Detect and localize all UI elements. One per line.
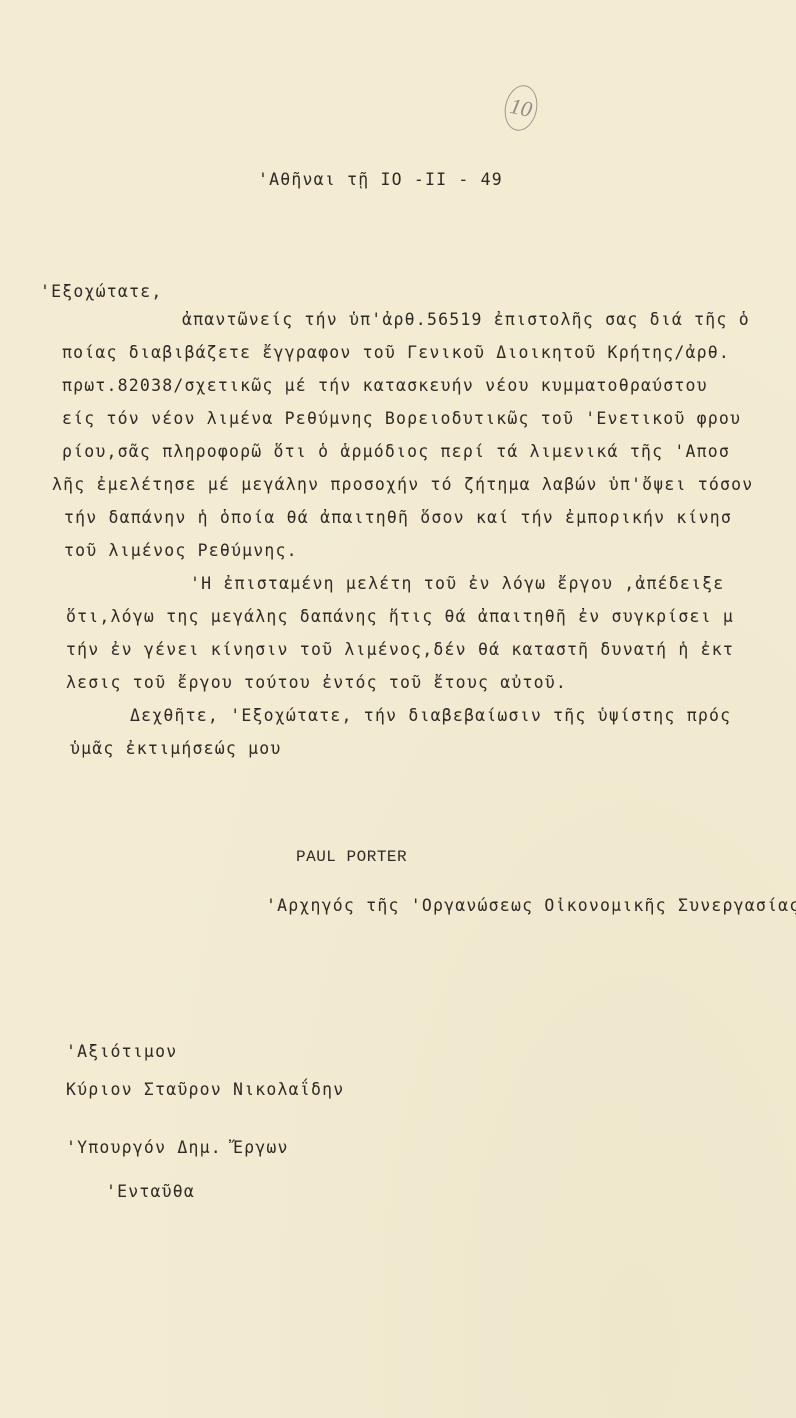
recipient-honorific: 'Αξιότιμον [66, 1042, 177, 1061]
signature-title: 'Αρχηγός τῆς 'Οργανώσεως Οἰκονομικῆς Συν… [266, 896, 796, 915]
body-line-5: ρίου,σᾶς πληροφορῶ ὅτι ὁ ἁρμόδιος περί τ… [62, 442, 730, 461]
body-line-8: τοῦ λιμένος Ρεθύμνης. [64, 541, 298, 560]
body-line-10: ὅτι,λόγω της μεγάλης δαπάνης ἥτις θά ἀπα… [66, 607, 734, 626]
body-line-9: 'Η ἐπισταμένη μελέτη τοῦ ἐν λόγω ἔργου ,… [190, 574, 724, 593]
body-line-1: ἀπαντῶνείς τήν ὑπ'ἀρθ.56519 ἐπιστολῆς σα… [182, 310, 750, 329]
date-line: 'Αθῆναι τῇ IO -II - 49 [258, 170, 503, 189]
recipient-position: 'Υπουργόν Δημ. Ἔργων [66, 1138, 289, 1157]
body-line-7: τήν δαπάνην ἡ ὁποία θά ἀπαιτηθῆ ὅσον καί… [64, 508, 732, 527]
salutation: 'Εξοχώτατε, [40, 282, 162, 301]
body-line-4: είς τόν νέον λιμένα Ρεθύμνης Βορειοδυτικ… [62, 409, 741, 428]
recipient-name: Κύριον Σταῦρον Νικολαΐδην [66, 1080, 344, 1099]
body-line-3: πρωτ.82038/σχετικῶς μέ τήν κατασκευήν νέ… [62, 376, 708, 395]
body-line-11: τήν ἐν γένει κίνησιν τοῦ λιμένος,δέν θά … [66, 640, 734, 659]
closing-line-1: Δεχθῆτε, 'Εξοχώτατε, τήν διαβεβαίωσιν τῆ… [130, 706, 731, 725]
body-line-2: ποίας διαβιβάζετε ἔγγραφον τοῦ Γενικοῦ Δ… [62, 343, 730, 362]
page-number-stamp: 10 [501, 82, 542, 134]
letter-page: 10 'Αθῆναι τῇ IO -II - 49 'Εξοχώτατε, ἀπ… [0, 0, 796, 1418]
body-line-6: λῆς ἐμελέτησε μέ μεγάλην προσοχήν τό ζήτ… [52, 475, 753, 494]
signature-name: PAUL PORTER [296, 848, 407, 866]
recipient-location: 'Ενταῦθα [106, 1182, 195, 1201]
body-line-12: λεσις τοῦ ἔργου τούτου ἐντός τοῦ ἔτους α… [66, 673, 567, 692]
closing-line-2: ὑμᾶς ἐκτιμήσεώς μου [70, 739, 282, 758]
